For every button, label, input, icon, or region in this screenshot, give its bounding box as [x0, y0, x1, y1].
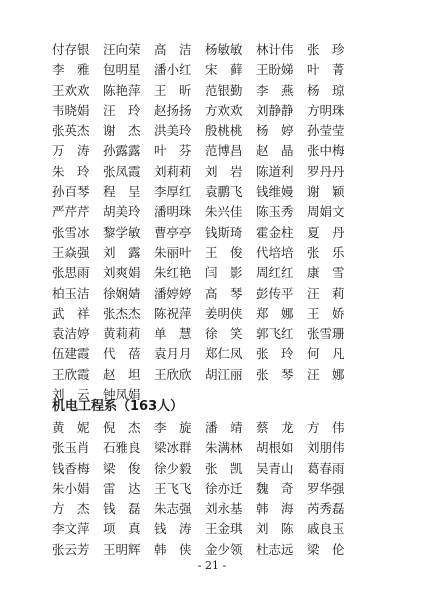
- person-name: 方 伟: [307, 418, 358, 438]
- person-name: 范银勤: [205, 81, 256, 101]
- person-name: 严芹芹: [52, 202, 103, 222]
- person-name: 康 雪: [307, 263, 358, 283]
- person-name: 刘莉莉: [154, 162, 205, 182]
- person-name: 刘朋伟: [307, 438, 358, 458]
- person-name: [205, 385, 256, 405]
- person-name: 芮秀磊: [307, 499, 358, 519]
- name-row: 张思雨刘爽娟朱红艳闫 影周红红康 雪: [52, 263, 358, 283]
- person-name: 刘 露: [103, 243, 154, 263]
- person-name: 魏 奇: [256, 479, 307, 499]
- person-name: 张 琴: [256, 365, 307, 385]
- person-name: 葛春雨: [307, 459, 358, 479]
- person-name: 汪 莉: [307, 284, 358, 304]
- person-name: 何 凡: [307, 344, 358, 364]
- person-name: 朱红艳: [154, 263, 205, 283]
- name-row: 袁洁婷黄莉莉单 慧徐 笑郭飞红张雪珊: [52, 324, 358, 344]
- person-name: 陈玉秀: [256, 202, 307, 222]
- person-name: 王盼娣: [256, 60, 307, 80]
- person-name: 王欢欢: [52, 81, 103, 101]
- name-row: 万 涛孙露露叶 芬范博昌赵 晶张中梅: [52, 141, 358, 161]
- name-row: 钱香梅梁 俊徐少毅张 凯吴青山葛春雨: [52, 459, 358, 479]
- name-row: 李文萍项 真钱 涛王金琪刘 陈戚良玉: [52, 519, 358, 539]
- person-name: 刘 陈: [256, 519, 307, 539]
- person-name: 张玉肖: [52, 438, 103, 458]
- person-name: 王金琪: [205, 519, 256, 539]
- person-name: 张 珍: [307, 40, 358, 60]
- person-name: 林计伟: [256, 40, 307, 60]
- person-name: 叶 菁: [307, 60, 358, 80]
- name-row: 张雪冰黎学敏曹亭亭钱斯琦霍金柱夏 丹: [52, 223, 358, 243]
- name-row: 付存银汪向荣高 洁杨敏敏林计伟张 珍: [52, 40, 358, 60]
- name-row: 黄 妮倪 杰李 旋潘 靖蔡 龙方 伟: [52, 418, 358, 438]
- person-name: 潘明珠: [154, 202, 205, 222]
- person-name: 胡江丽: [205, 365, 256, 385]
- person-name: 包明星: [103, 60, 154, 80]
- name-row: 张玉肖石雅良梁冰群朱满林胡根如刘朋伟: [52, 438, 358, 458]
- person-name: 刘静静: [256, 101, 307, 121]
- person-name: 黄莉莉: [103, 324, 154, 344]
- person-name: 孙百琴: [52, 182, 103, 202]
- person-name: 张雪冰: [52, 223, 103, 243]
- person-name: 高 洁: [154, 40, 205, 60]
- person-name: 叶 芬: [154, 141, 205, 161]
- person-name: 朱丽叶: [154, 243, 205, 263]
- person-name: 胡美玲: [103, 202, 154, 222]
- name-row: 王欣霞赵 坦王欣欣胡江丽张 琴汪 娜: [52, 365, 358, 385]
- person-name: 徐少毅: [154, 459, 205, 479]
- person-name: 赵 晶: [256, 141, 307, 161]
- person-name: 宋 藓: [205, 60, 256, 80]
- person-name: 张中梅: [307, 141, 358, 161]
- person-name: 王 昕: [154, 81, 205, 101]
- person-name: 王 俊: [205, 243, 256, 263]
- person-name: 柏玉洁: [52, 284, 103, 304]
- person-name: 项 真: [103, 519, 154, 539]
- person-name: 代 蓓: [103, 344, 154, 364]
- person-name: 朱满林: [205, 438, 256, 458]
- person-name: 杨敏敏: [205, 40, 256, 60]
- name-row: 柏玉洁徐娴婧潘婷婷高 琴彭传平汪 莉: [52, 284, 358, 304]
- person-name: 汪 娜: [307, 365, 358, 385]
- person-name: 单 慧: [154, 324, 205, 344]
- person-name: 朱兴佳: [205, 202, 256, 222]
- person-name: 张凤霞: [103, 162, 154, 182]
- person-name: 王飞飞: [154, 479, 205, 499]
- name-row: 王焱强刘 露朱丽叶王 俊代培培张 乐: [52, 243, 358, 263]
- person-name: 孙莹莹: [307, 121, 358, 141]
- person-name: 张 凯: [205, 459, 256, 479]
- name-row: 武 祥张杰杰陈祝萍姜明侠郑 娜王 娇: [52, 304, 358, 324]
- person-name: 汪 玲: [103, 101, 154, 121]
- name-row: 王欢欢陈艳萍王 昕范银勤李 燕杨 琼: [52, 81, 358, 101]
- person-name: 伍建霞: [52, 344, 103, 364]
- person-name: 王欣欣: [154, 365, 205, 385]
- person-name: 钱斯琦: [205, 223, 256, 243]
- person-name: 梁冰群: [154, 438, 205, 458]
- person-name: 张杰杰: [103, 304, 154, 324]
- person-name: 罗丹丹: [307, 162, 358, 182]
- person-name: 张英杰: [52, 121, 103, 141]
- person-name: 孙露露: [103, 141, 154, 161]
- name-row: 韦晓娟汪 玲赵扬扬方欢欢刘静静方明珠: [52, 101, 358, 121]
- person-name: 潘 靖: [205, 418, 256, 438]
- person-name: 方明珠: [307, 101, 358, 121]
- person-name: 殷桃桃: [205, 121, 256, 141]
- person-name: 程 呈: [103, 182, 154, 202]
- name-row: 伍建霞代 蓓袁月月郑仁凤张 玲何 凡: [52, 344, 358, 364]
- name-row: 严芹芹胡美玲潘明珠朱兴佳陈玉秀周娟文: [52, 202, 358, 222]
- person-name: 罗华强: [307, 479, 358, 499]
- person-name: 陈祝萍: [154, 304, 205, 324]
- person-name: 曹亭亭: [154, 223, 205, 243]
- person-name: 汪向荣: [103, 40, 154, 60]
- person-name: 徐娴婧: [103, 284, 154, 304]
- person-name: 李 雅: [52, 60, 103, 80]
- person-name: 代培培: [256, 243, 307, 263]
- person-name: 刘爽娟: [103, 263, 154, 283]
- name-row: 李 雅包明星潘小红宋 藓王盼娣叶 菁: [52, 60, 358, 80]
- person-name: 郑 娜: [256, 304, 307, 324]
- person-name: 赵扬扬: [154, 101, 205, 121]
- person-name: 霍金柱: [256, 223, 307, 243]
- person-name: 彭传平: [256, 284, 307, 304]
- person-name: 朱志强: [154, 499, 205, 519]
- person-name: 武 祥: [52, 304, 103, 324]
- person-name: 杨 婷: [256, 121, 307, 141]
- person-name: 王欣霞: [52, 365, 103, 385]
- person-name: 范博昌: [205, 141, 256, 161]
- person-name: 李厚红: [154, 182, 205, 202]
- name-row: 朱 玲张凤霞刘莉莉刘 岩陈道利罗丹丹: [52, 162, 358, 182]
- person-name: 万 涛: [52, 141, 103, 161]
- name-row: 张英杰谢 杰洪美玲殷桃桃杨 婷孙莹莹: [52, 121, 358, 141]
- section-title-mechanical-electrical-engineering: 机电工程系（163人）: [52, 397, 183, 417]
- person-name: 周红红: [256, 263, 307, 283]
- person-name: 袁鹏飞: [205, 182, 256, 202]
- page-number: - 21 -: [0, 558, 424, 574]
- person-name: 钱 磊: [103, 499, 154, 519]
- person-name: 赵 坦: [103, 365, 154, 385]
- person-name: 王 娇: [307, 304, 358, 324]
- person-name: 钱 涛: [154, 519, 205, 539]
- person-name: 钱香梅: [52, 459, 103, 479]
- person-name: 朱 玲: [52, 162, 103, 182]
- person-name: 郭飞红: [256, 324, 307, 344]
- person-name: 刘 岩: [205, 162, 256, 182]
- person-name: 刘永基: [205, 499, 256, 519]
- person-name: 李 燕: [256, 81, 307, 101]
- name-row: 方 杰钱 磊朱志强刘永基韩 海芮秀磊: [52, 499, 358, 519]
- person-name: [256, 385, 307, 405]
- person-name: 陈艳萍: [103, 81, 154, 101]
- person-name: 张雪珊: [307, 324, 358, 344]
- person-name: 潘婷婷: [154, 284, 205, 304]
- person-name: 袁月月: [154, 344, 205, 364]
- person-name: 朱小娟: [52, 479, 103, 499]
- person-name: 闫 影: [205, 263, 256, 283]
- person-name: 张 乐: [307, 243, 358, 263]
- person-name: 李 旋: [154, 418, 205, 438]
- person-name: 谢 颖: [307, 182, 358, 202]
- person-name: 付存银: [52, 40, 103, 60]
- person-name: 黎学敏: [103, 223, 154, 243]
- person-name: 潘小红: [154, 60, 205, 80]
- person-name: 雷 达: [103, 479, 154, 499]
- person-name: 石雅良: [103, 438, 154, 458]
- person-name: 梁 俊: [103, 459, 154, 479]
- name-row: 朱小娟雷 达王飞飞徐亦迁魏 奇罗华强: [52, 479, 358, 499]
- person-name: 钱维嫚: [256, 182, 307, 202]
- person-name: 吴青山: [256, 459, 307, 479]
- person-name: 胡根如: [256, 438, 307, 458]
- person-name: 蔡 龙: [256, 418, 307, 438]
- person-name: 袁洁婷: [52, 324, 103, 344]
- person-name: 韩 海: [256, 499, 307, 519]
- person-name: 杨 琼: [307, 81, 358, 101]
- person-name: 陈道利: [256, 162, 307, 182]
- person-name: 郑仁凤: [205, 344, 256, 364]
- name-row: 孙百琴程 呈李厚红袁鹏飞钱维嫚谢 颖: [52, 182, 358, 202]
- person-name: 张 玲: [256, 344, 307, 364]
- person-name: 李文萍: [52, 519, 103, 539]
- document-page: 付存银汪向荣高 洁杨敏敏林计伟张 珍李 雅包明星潘小红宋 藓王盼娣叶 菁王欢欢陈…: [0, 0, 424, 600]
- person-name: 周娟文: [307, 202, 358, 222]
- person-name: 黄 妮: [52, 418, 103, 438]
- person-name: 谢 杰: [103, 121, 154, 141]
- person-name: 洪美玲: [154, 121, 205, 141]
- person-name: [307, 385, 358, 405]
- person-name: 姜明侠: [205, 304, 256, 324]
- person-name: 徐 笑: [205, 324, 256, 344]
- person-name: 方 杰: [52, 499, 103, 519]
- person-name: 夏 丹: [307, 223, 358, 243]
- person-name: 王焱强: [52, 243, 103, 263]
- person-name: 徐亦迁: [205, 479, 256, 499]
- person-name: 张思雨: [52, 263, 103, 283]
- name-list-continued: 付存银汪向荣高 洁杨敏敏林计伟张 珍李 雅包明星潘小红宋 藓王盼娣叶 菁王欢欢陈…: [52, 40, 358, 405]
- person-name: 戚良玉: [307, 519, 358, 539]
- name-list-mechanical-electrical: 黄 妮倪 杰李 旋潘 靖蔡 龙方 伟张玉肖石雅良梁冰群朱满林胡根如刘朋伟钱香梅梁…: [52, 418, 358, 560]
- person-name: 韦晓娟: [52, 101, 103, 121]
- person-name: 倪 杰: [103, 418, 154, 438]
- person-name: 方欢欢: [205, 101, 256, 121]
- person-name: 高 琴: [205, 284, 256, 304]
